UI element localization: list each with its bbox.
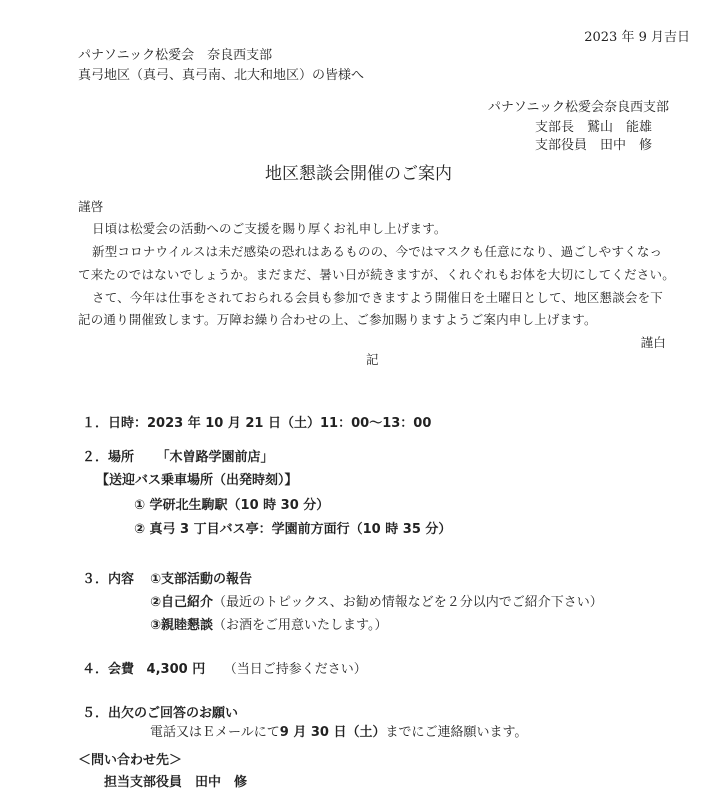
section-2: ２．場所 「木曽路学園前店」 xyxy=(82,446,274,465)
bus-stop-2: ② 真弓 3 丁目バス亭：学園前方面行（10 時 35 分） xyxy=(134,518,451,537)
body-line-5: 記の通り開催致します。万障お繰り合わせの上、ご参加賜りますようご案内申し上げます… xyxy=(78,310,597,328)
section-4: ４．会費 4,300 円 （当日ご持参ください） xyxy=(82,658,367,677)
section-2-label: ２．場所 xyxy=(82,450,134,465)
contact-heading: ＜問い合わせ先＞ xyxy=(78,749,182,768)
recipient-line-2: 真弓地区（真弓、真弓南、北大和地区）の皆様へ xyxy=(78,64,364,83)
section-5-label: ５．出欠のご回答のお願い xyxy=(82,702,238,721)
fee-amount: 4,300 円 xyxy=(147,662,206,677)
section-1-label: １．日時： xyxy=(82,416,147,431)
rsvp-deadline: 9 月 30 日（土） xyxy=(280,725,386,740)
body-line-2: 新型コロナウイルスは未だ感染の恐れはあるものの、今ではマスクも任意になり、過ごし… xyxy=(92,242,662,260)
sender-officer: 支部役員 田中 修 xyxy=(535,134,652,153)
sender-org: パナソニック松愛会奈良西支部 xyxy=(488,96,669,115)
content-item-2: ②自己紹介（最近のトピックス、お勧め情報などを２分以内でご紹介下さい） xyxy=(150,591,603,610)
bus-heading: 【送迎バス乗車場所（出発時刻）】 xyxy=(96,469,298,488)
sender-chief: 支部長 鷲山 能雄 xyxy=(535,116,652,135)
bus-stop-1: ① 学研北生駒駅（10 時 30 分） xyxy=(134,494,329,513)
content-item-3: ③親睦懇談（お酒をご用意いたします。） xyxy=(150,614,387,633)
section-2-venue: 「木曽路学園前店」 xyxy=(157,450,274,465)
document-title: 地区懇談会開催のご案内 xyxy=(265,159,452,184)
content-item-1: ①支部活動の報告 xyxy=(150,568,252,587)
section-1: １．日時：2023 年 10 月 21 日（土）11：00～13：00 xyxy=(82,412,431,431)
rsvp-line: 電話又はＥメールにて9 月 30 日（土）までにご連絡願います。 xyxy=(150,721,527,740)
recipient-line-1: パナソニック松愛会 奈良西支部 xyxy=(78,44,272,63)
closing: 謹白 xyxy=(641,333,666,351)
body-line-3: て来たのではないでしょうか。まだまだ、暑い日が続きますが、くれぐれもお体を大切に… xyxy=(78,265,675,283)
fee-note: （当日ご持参ください） xyxy=(224,662,367,677)
section-1-datetime: 2023 年 10 月 21 日（土）11：00～13：00 xyxy=(147,416,431,431)
body-line-4: さて、今年は仕事をされておられる会員も参加できますよう開催日を土曜日として、地区… xyxy=(92,288,663,306)
section-3-label: ３．内容 xyxy=(82,568,134,587)
issue-date: 2023 年 9 月吉日 xyxy=(584,26,690,45)
ki-mark: 記 xyxy=(366,350,379,368)
body-line-1: 日頃は松愛会の活動へのご支援を賜り厚くお礼申し上げます。 xyxy=(92,219,447,237)
greeting: 謹啓 xyxy=(78,197,103,215)
section-4-label: ４．会費 xyxy=(82,662,134,677)
contact-person: 担当支部役員 田中 修 xyxy=(104,771,247,790)
